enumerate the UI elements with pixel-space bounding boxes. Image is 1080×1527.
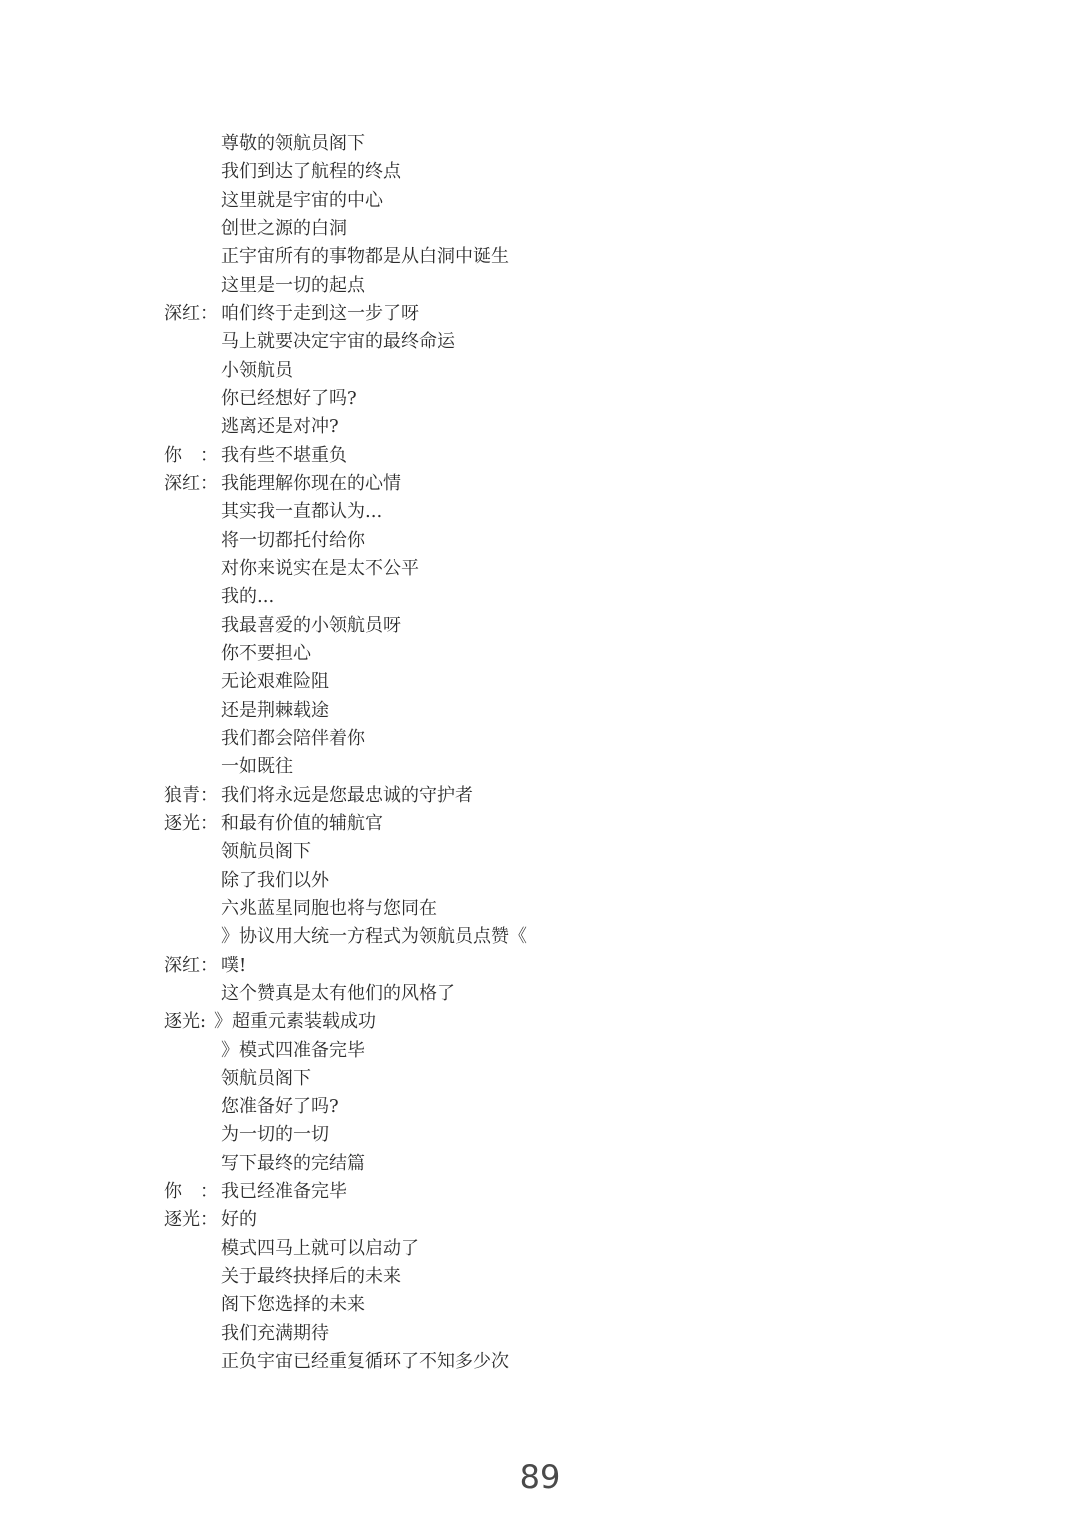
dialogue-line: 我们充满期待 <box>164 1320 924 1348</box>
speaker-label: 深红： <box>164 470 221 498</box>
dialogue-text: 正负宇宙已经重复循环了不知多少次 <box>221 1348 509 1376</box>
dialogue-line: 你不要担心 <box>164 640 924 668</box>
dialogue-line: 小领航员 <box>164 357 924 385</box>
dialogue-text: 正宇宙所有的事物都是从白洞中诞生 <box>221 243 509 271</box>
dialogue-line: 领航员阁下 <box>164 1065 924 1093</box>
dialogue-line: 我的... <box>164 583 924 611</box>
dialogue-line: 深红：咱们终于走到这一步了呀 <box>164 300 924 328</box>
dialogue-text: 》协议用大统一方程式为领航员点赞《 <box>221 923 527 951</box>
speaker-label: 你 ： <box>164 1178 221 1206</box>
dialogue-text: 我已经准备完毕 <box>221 1178 347 1206</box>
dialogue-text: 这里是一切的起点 <box>221 272 365 300</box>
speaker-label: 逐光： <box>164 810 221 838</box>
dialogue-text: 将一切都托付给你 <box>221 527 365 555</box>
dialogue-line: 逃离还是对冲? <box>164 413 924 441</box>
dialogue-line: 》协议用大统一方程式为领航员点赞《 <box>164 923 924 951</box>
dialogue-line: 领航员阁下 <box>164 838 924 866</box>
dialogue-text: 对你来说实在是太不公平 <box>221 555 419 583</box>
dialogue-line: 对你来说实在是太不公平 <box>164 555 924 583</box>
dialogue-line: 关于最终抉择后的未来 <box>164 1263 924 1291</box>
speaker-label: 逐光： <box>164 1206 221 1234</box>
dialogue-line: 马上就要决定宇宙的最终命运 <box>164 328 924 356</box>
dialogue-line: 》模式四准备完毕 <box>164 1037 924 1065</box>
dialogue-line: 您准备好了吗? <box>164 1093 924 1121</box>
dialogue-text: 创世之源的白洞 <box>221 215 347 243</box>
dialogue-text: 我能理解你现在的心情 <box>221 470 401 498</box>
dialogue-line: 我们都会陪伴着你 <box>164 725 924 753</box>
dialogue-text: 逃离还是对冲? <box>221 413 339 441</box>
dialogue-line: 无论艰难险阻 <box>164 668 924 696</box>
dialogue-text: 无论艰难险阻 <box>221 668 329 696</box>
dialogue-line: 一如既往 <box>164 753 924 781</box>
dialogue-line: 写下最终的完结篇 <box>164 1150 924 1178</box>
dialogue-text: 其实我一直都认为... <box>221 498 382 526</box>
dialogue-text: 阁下您选择的未来 <box>221 1291 365 1319</box>
dialogue-line: 阁下您选择的未来 <box>164 1291 924 1319</box>
dialogue-line: 逐光:》超重元素装载成功 <box>164 1008 924 1036</box>
dialogue-text: 模式四马上就可以启动了 <box>221 1235 419 1263</box>
dialogue-line: 你 ：我有些不堪重负 <box>164 442 924 470</box>
document-page: 尊敬的领航员阁下我们到达了航程的终点这里就是宇宙的中心创世之源的白洞正宇宙所有的… <box>0 0 1080 1527</box>
dialogue-text: 领航员阁下 <box>221 838 311 866</box>
speaker-label: 深红： <box>164 952 221 980</box>
speaker-label: 你 ： <box>164 442 221 470</box>
dialogue-text: 关于最终抉择后的未来 <box>221 1263 401 1291</box>
dialogue-line: 尊敬的领航员阁下 <box>164 130 924 158</box>
dialogue-text: 噗! <box>221 952 246 980</box>
dialogue-line: 正负宇宙已经重复循环了不知多少次 <box>164 1348 924 1376</box>
dialogue-text: 您准备好了吗? <box>221 1093 339 1121</box>
dialogue-text: 尊敬的领航员阁下 <box>221 130 365 158</box>
dialogue-line: 还是荆棘载途 <box>164 697 924 725</box>
dialogue-text: 》模式四准备完毕 <box>221 1037 365 1065</box>
dialogue-text: 为一切的一切 <box>221 1121 329 1149</box>
dialogue-text: 领航员阁下 <box>221 1065 311 1093</box>
page-number: 89 <box>0 1458 1080 1496</box>
dialogue-text: 这里就是宇宙的中心 <box>221 187 383 215</box>
dialogue-line: 模式四马上就可以启动了 <box>164 1235 924 1263</box>
dialogue-line: 正宇宙所有的事物都是从白洞中诞生 <box>164 243 924 271</box>
dialogue-line: 六兆蓝星同胞也将与您同在 <box>164 895 924 923</box>
dialogue-text: 写下最终的完结篇 <box>221 1150 365 1178</box>
dialogue-line: 这个赞真是太有他们的风格了 <box>164 980 924 1008</box>
dialogue-line: 创世之源的白洞 <box>164 215 924 243</box>
dialogue-text: 这个赞真是太有他们的风格了 <box>221 980 455 1008</box>
dialogue-text: 好的 <box>221 1206 257 1234</box>
dialogue-line: 这里是一切的起点 <box>164 272 924 300</box>
dialogue-text: 我们充满期待 <box>221 1320 329 1348</box>
speaker-label: 狼青： <box>164 782 221 810</box>
dialogue-text: 我最喜爱的小领航员呀 <box>221 612 401 640</box>
dialogue-line: 你 ：我已经准备完毕 <box>164 1178 924 1206</box>
dialogue-line: 将一切都托付给你 <box>164 527 924 555</box>
dialogue-text: 我有些不堪重负 <box>221 442 347 470</box>
dialogue-script: 尊敬的领航员阁下我们到达了航程的终点这里就是宇宙的中心创世之源的白洞正宇宙所有的… <box>164 130 924 1376</box>
dialogue-line: 我最喜爱的小领航员呀 <box>164 612 924 640</box>
dialogue-text: 除了我们以外 <box>221 867 329 895</box>
dialogue-line: 逐光：和最有价值的辅航官 <box>164 810 924 838</box>
dialogue-text: 我们都会陪伴着你 <box>221 725 365 753</box>
dialogue-line: 我们到达了航程的终点 <box>164 158 924 186</box>
dialogue-line: 除了我们以外 <box>164 867 924 895</box>
dialogue-line: 深红：噗! <box>164 952 924 980</box>
dialogue-line: 深红：我能理解你现在的心情 <box>164 470 924 498</box>
dialogue-text: 六兆蓝星同胞也将与您同在 <box>221 895 437 923</box>
dialogue-line: 这里就是宇宙的中心 <box>164 187 924 215</box>
dialogue-text: 马上就要决定宇宙的最终命运 <box>221 328 455 356</box>
speaker-label: 深红： <box>164 300 221 328</box>
dialogue-line: 为一切的一切 <box>164 1121 924 1149</box>
dialogue-text: 我的... <box>221 583 274 611</box>
speaker-label: 逐光: <box>164 1008 221 1036</box>
dialogue-text: 小领航员 <box>221 357 293 385</box>
dialogue-line: 狼青：我们将永远是您最忠诚的守护者 <box>164 782 924 810</box>
dialogue-text: 》超重元素装载成功 <box>214 1008 376 1036</box>
dialogue-text: 还是荆棘载途 <box>221 697 329 725</box>
dialogue-text: 一如既往 <box>221 753 293 781</box>
dialogue-text: 我们将永远是您最忠诚的守护者 <box>221 782 473 810</box>
dialogue-text: 和最有价值的辅航官 <box>221 810 383 838</box>
dialogue-text: 你不要担心 <box>221 640 311 668</box>
dialogue-line: 其实我一直都认为... <box>164 498 924 526</box>
dialogue-text: 你已经想好了吗? <box>221 385 357 413</box>
dialogue-line: 逐光：好的 <box>164 1206 924 1234</box>
dialogue-text: 我们到达了航程的终点 <box>221 158 401 186</box>
dialogue-line: 你已经想好了吗? <box>164 385 924 413</box>
dialogue-text: 咱们终于走到这一步了呀 <box>221 300 419 328</box>
